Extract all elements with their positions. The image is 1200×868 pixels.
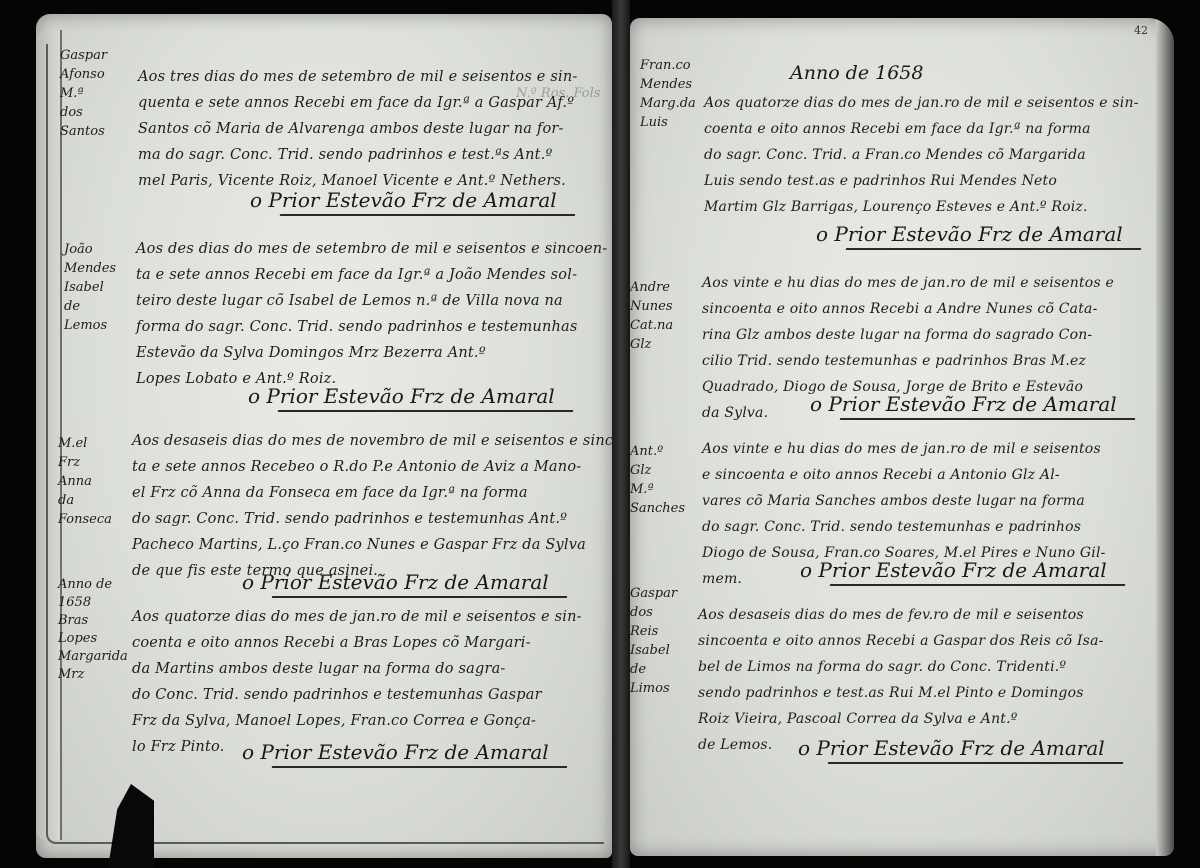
entry-line: do sagr. Conc. Trid. sendo testemunhas e… [702,514,1106,540]
entry-line: Martim Glz Barrigas, Lourenço Esteves e … [704,194,1139,220]
entry-margin-names: Andre Nunes Cat.na Glz [630,278,673,354]
entry-line: coenta e oito annos Recebi a Bras Lopes … [132,630,582,656]
priest-signature: o Prior Estevão Frz de Amaral [242,740,549,764]
folio-number: 42 [1134,24,1148,37]
entry-line: el Frz cõ Anna da Fonseca em face da Igr… [132,480,612,506]
entry-line: sendo padrinhos e test.as Rui M.el Pinto… [698,680,1104,706]
entry-body: Aos quatorze dias do mes de jan.ro de mi… [704,90,1139,220]
entry-body: Aos desaseis dias do mes de fev.ro de mi… [698,602,1104,758]
entry-line: sincoenta e oito annos Recebi a Andre Nu… [702,296,1114,322]
priest-signature: o Prior Estevão Frz de Amaral [800,558,1107,582]
entry-line: Aos des dias do mes de setembro de mil e… [136,236,607,262]
entry-line: Aos quatorze dias do mes de jan.ro de mi… [132,604,582,630]
entry-line: Aos quatorze dias do mes de jan.ro de mi… [704,90,1139,116]
entry-line: e sincoenta e oito annos Recebi a Antoni… [702,462,1106,488]
book-gutter [612,0,630,868]
entry-line: do Conc. Trid. sendo padrinhos e testemu… [132,682,582,708]
entry-line: Aos desaseis dias do mes de fev.ro de mi… [698,602,1104,628]
entry-margin-names: Anno de 1658 Bras Lopes Margarida Mrz [58,576,128,684]
entry-line: Roiz Vieira, Pascoal Correa da Sylva e A… [698,706,1104,732]
entry-margin-names: Gaspar dos Reis Isabel de Limos [630,584,677,698]
entry-line: Estevão da Sylva Domingos Mrz Bezerra An… [136,340,607,366]
entry-line: vares cõ Maria Sanches ambos deste lugar… [702,488,1106,514]
entry-line: Aos desaseis dias do mes de novembro de … [132,428,612,454]
entry-line: coenta e oito annos Recebi em face da Ig… [704,116,1139,142]
entry-margin-names: Ant.º Glz M.ª Sanches [630,442,685,518]
entry-body: Aos quatorze dias do mes de jan.ro de mi… [132,604,582,760]
entry-margin-names: João Mendes Isabel de Lemos [64,240,116,335]
manuscript-scan-viewer: A SS N.º Ros. Fols Gaspar Afonso M.ª dos… [0,0,1200,868]
entry-line: Aos tres dias do mes de setembro de mil … [138,64,578,90]
entry-line: da Martins ambos deste lugar na forma do… [132,656,582,682]
entry-margin-names: Gaspar Afonso M.ª dos Santos [60,46,107,141]
entry-line: Aos vinte e hu dias do mes de jan.ro de … [702,270,1114,296]
year-heading: Anno de 1658 [790,62,923,84]
entry-margin-names: Fran.co Mendes Marg.da Luis [640,56,696,132]
priest-signature: o Prior Estevão Frz de Amaral [816,222,1123,246]
priest-signature: o Prior Estevão Frz de Amaral [798,736,1105,760]
priest-signature: o Prior Estevão Frz de Amaral [250,188,557,212]
right-page-edge [1156,18,1174,856]
entry-body: Aos desaseis dias do mes de novembro de … [132,428,612,584]
right-page: 42 Anno de 1658 Fran.co Mendes Marg.da L… [630,18,1174,856]
entry-line: sincoenta e oito annos Recebi a Gaspar d… [698,628,1104,654]
entry-line: quenta e sete annos Recebi em face da Ig… [138,90,578,116]
priest-signature: o Prior Estevão Frz de Amaral [810,392,1117,416]
entry-line: Luis sendo test.as e padrinhos Rui Mende… [704,168,1139,194]
entry-line: ta e sete annos Recebeo o R.do P.e Anton… [132,454,612,480]
entry-margin-names: M.el Frz Anna da Fonseca [58,434,112,529]
entry-line: Pacheco Martins, L.ço Fran.co Nunes e Ga… [132,532,612,558]
entry-line: do sagr. Conc. Trid. sendo padrinhos e t… [132,506,612,532]
entry-line: Santos cõ Maria de Alvarenga ambos deste… [138,116,578,142]
entry-line: teiro deste lugar cõ Isabel de Lemos n.ª… [136,288,607,314]
entry-line: do sagr. Conc. Trid. a Fran.co Mendes cõ… [704,142,1139,168]
entry-line: forma do sagr. Conc. Trid. sendo padrinh… [136,314,607,340]
priest-signature: o Prior Estevão Frz de Amaral [242,570,549,594]
entry-line: bel de Limos na forma do sagr. do Conc. … [698,654,1104,680]
entry-body: Aos tres dias do mes de setembro de mil … [138,64,578,194]
priest-signature: o Prior Estevão Frz de Amaral [248,384,555,408]
entry-body: Aos des dias do mes de setembro de mil e… [136,236,607,392]
entry-line: ma do sagr. Conc. Trid. sendo padrinhos … [138,142,578,168]
left-page: A SS N.º Ros. Fols Gaspar Afonso M.ª dos… [36,14,612,858]
entry-line: Aos vinte e hu dias do mes de jan.ro de … [702,436,1106,462]
entry-line: cilio Trid. sendo testemunhas e padrinho… [702,348,1114,374]
entry-line: Frz da Sylva, Manoel Lopes, Fran.co Corr… [132,708,582,734]
entry-line: rina Glz ambos deste lugar na forma do s… [702,322,1114,348]
entry-line: ta e sete annos Recebi em face da Igr.ª … [136,262,607,288]
